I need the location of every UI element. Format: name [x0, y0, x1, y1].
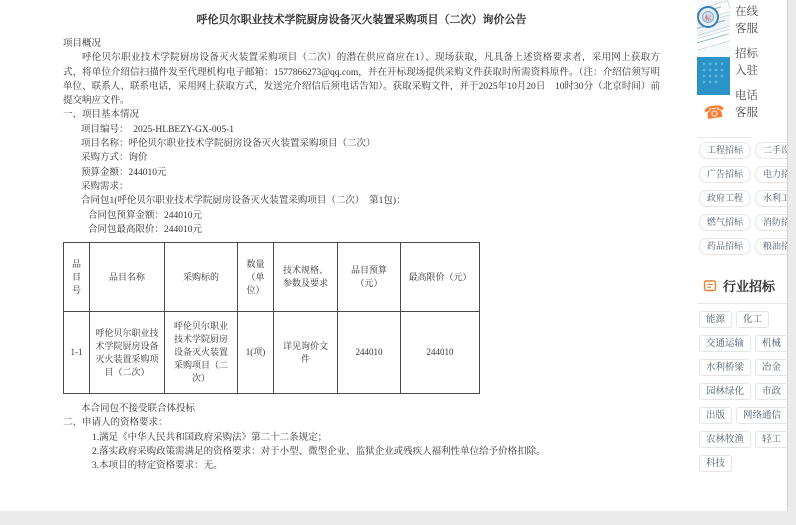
- promo-banner-image[interactable]: 标: [697, 0, 730, 95]
- tag-row: 水利桥梁 冶金: [699, 359, 788, 376]
- tag-technology[interactable]: 科技: [699, 455, 732, 472]
- table-header-row: 品目号 品目名称 采购标的 数量（单位） 技术规格、参数及要求 品目预算（元） …: [64, 243, 480, 312]
- section2-heading: 二、申请人的资格要求：: [63, 416, 660, 430]
- tag-row: 工程招标 二手设备: [699, 142, 788, 159]
- tag-row: 科技: [699, 455, 788, 472]
- cell-max-price: 244010: [401, 312, 480, 394]
- tag-municipal[interactable]: 市政: [755, 383, 788, 400]
- tag-fire-bid[interactable]: 消防招标: [755, 214, 788, 231]
- tag-transport[interactable]: 交通运输: [699, 335, 751, 352]
- col-header-spec: 技术规格、参数及要求: [274, 243, 338, 312]
- project-name: 项目名称：呼伦贝尔职业技术学院厨房设备灭火装置采购项目（二次）: [63, 137, 660, 151]
- col-header-qty: 数量（单位）: [238, 243, 274, 312]
- bid-settle-in-link[interactable]: 招标入驻: [735, 46, 761, 80]
- tag-row: 园林绿化 市政: [699, 383, 788, 400]
- tag-light-industry[interactable]: 轻工: [755, 431, 788, 448]
- package-line: 合同包1(呼伦贝尔职业技术学院厨房设备灭火装置采购项目（二次） 第1包)：: [63, 194, 660, 208]
- col-header-max-price: 最高限价（元）: [401, 243, 480, 312]
- industry-section-header: 行业招标: [699, 276, 788, 295]
- tag-chemical[interactable]: 化工: [736, 311, 769, 328]
- tag-row: 燃气招标 消防招标: [699, 214, 788, 231]
- page-title: 呼伦贝尔职业技术学院厨房设备灭火装置采购项目（二次）询价公告: [63, 0, 660, 28]
- package-cap: 合同包最高限价：244010元: [63, 223, 660, 237]
- col-header-item-name: 品目名称: [90, 243, 165, 312]
- cell-item-budget: 244010: [338, 312, 401, 394]
- right-sidebar: 标 在线客服 招标入驻 电话客服 ☎ 工程招标 二手设备: [697, 0, 788, 511]
- industry-divider: [697, 303, 788, 304]
- tag-ad-bid[interactable]: 广告招标: [699, 166, 751, 183]
- tag-gas-bid[interactable]: 燃气招标: [699, 214, 751, 231]
- industry-section-title: 行业招标: [723, 276, 775, 295]
- tag-network[interactable]: 网络通信: [736, 407, 788, 424]
- section1-heading: 一、项目基本情况: [63, 108, 660, 122]
- tag-engineering-bid[interactable]: 工程招标: [699, 142, 751, 159]
- tag-row: 能源 化工: [699, 311, 788, 328]
- announcement-page: 呼伦贝尔职业技术学院厨房设备灭火装置采购项目（二次）询价公告 项目概况 呼伦贝尔…: [0, 0, 788, 511]
- tag-grain-bid[interactable]: 粮油招标: [755, 238, 788, 255]
- cell-qty: 1(项): [238, 312, 274, 394]
- tag-metallurgy[interactable]: 冶金: [755, 359, 788, 376]
- items-table: 品目号 品目名称 采购标的 数量（单位） 技术规格、参数及要求 品目预算（元） …: [63, 242, 480, 394]
- banner-seal-character: 标: [705, 13, 712, 22]
- no-consortium-note: 本合同包不接受联合体投标: [63, 402, 660, 416]
- overview-paragraph: 呼伦贝尔职业技术学院厨房设备灭火装置采购项目（二次）的潜在供应商应在1）、现场获…: [63, 51, 660, 108]
- tag-row: 政府工程 水利工程: [699, 190, 788, 207]
- col-header-item-no: 品目号: [64, 243, 90, 312]
- tag-power-bid[interactable]: 电力招标: [755, 166, 788, 183]
- tag-landscaping[interactable]: 园林绿化: [699, 383, 751, 400]
- tag-machinery[interactable]: 机械: [755, 335, 788, 352]
- col-header-target: 采购标的: [165, 243, 238, 312]
- requirement-3: 3.本项目的特定资格要求：无。: [63, 459, 660, 473]
- tag-secondhand[interactable]: 二手设备: [755, 142, 788, 159]
- tag-water-bridge[interactable]: 水利桥梁: [699, 359, 751, 376]
- tag-publishing[interactable]: 出版: [699, 407, 732, 424]
- table-row: 1-1 呼伦贝尔职业技术学院厨房设备灭火装置采购项目（二次） 呼伦贝尔职业技术学…: [64, 312, 480, 394]
- quick-tag-cloud: 工程招标 二手设备 广告招标 电力招标 政府工程 水利工程 燃气招标 消防招标 …: [699, 142, 788, 262]
- phone-service-link[interactable]: 电话客服: [735, 88, 761, 122]
- tag-row: 出版 网络通信: [699, 407, 788, 424]
- tag-row: 药品招标 粮油招标: [699, 238, 788, 255]
- cell-item-no: 1-1: [64, 312, 90, 394]
- certificate-icon: [703, 279, 717, 293]
- phone-icon[interactable]: ☎: [703, 102, 727, 125]
- tag-agriculture[interactable]: 农林牧渔: [699, 431, 751, 448]
- tag-water-project[interactable]: 水利工程: [755, 190, 788, 207]
- budget-amount: 预算金额：244010元: [63, 166, 660, 180]
- tag-medicine-bid[interactable]: 药品招标: [699, 238, 751, 255]
- cell-target: 呼伦贝尔职业技术学院厨房设备灭火装置采购项目（二次）: [165, 312, 238, 394]
- tag-row: 农林牧渔 轻工: [699, 431, 788, 448]
- procurement-method: 采购方式：询价: [63, 151, 660, 165]
- procurement-demand: 采购需求：: [63, 180, 660, 194]
- cell-spec: 详见询价文件: [274, 312, 338, 394]
- online-service-link[interactable]: 在线客服: [735, 4, 761, 38]
- industry-bid-section: 行业招标 能源 化工 交通运输 机械 水利桥梁 冶金 园林绿化 市政 出版 网络…: [699, 276, 788, 479]
- sidebar-divider: [697, 137, 752, 138]
- cell-item-name: 呼伦贝尔职业技术学院厨房设备灭火装置采购项目（二次）: [90, 312, 165, 394]
- tag-gov-project[interactable]: 政府工程: [699, 190, 751, 207]
- tag-row: 广告招标 电力招标: [699, 166, 788, 183]
- requirement-2: 2.落实政府采购政策需满足的资格要求：对于小型、微型企业、监狱企业或残疾人福利性…: [63, 445, 660, 459]
- service-links: 在线客服 招标入驻 电话客服: [735, 4, 765, 130]
- project-number: 项目编号： 2025-HLBEZY-GX-005-1: [63, 123, 660, 137]
- requirement-1: 1.满足《中华人民共和国政府采购法》第二十二条规定；: [63, 431, 660, 445]
- announcement-document: 呼伦贝尔职业技术学院厨房设备灭火装置采购项目（二次）询价公告 项目概况 呼伦贝尔…: [63, 0, 660, 474]
- overview-heading: 项目概况: [63, 37, 660, 51]
- tag-row: 交通运输 机械: [699, 335, 788, 352]
- package-budget: 合同包预算金额：244010元: [63, 209, 660, 223]
- tag-energy[interactable]: 能源: [699, 311, 732, 328]
- col-header-budget: 品目预算（元）: [338, 243, 401, 312]
